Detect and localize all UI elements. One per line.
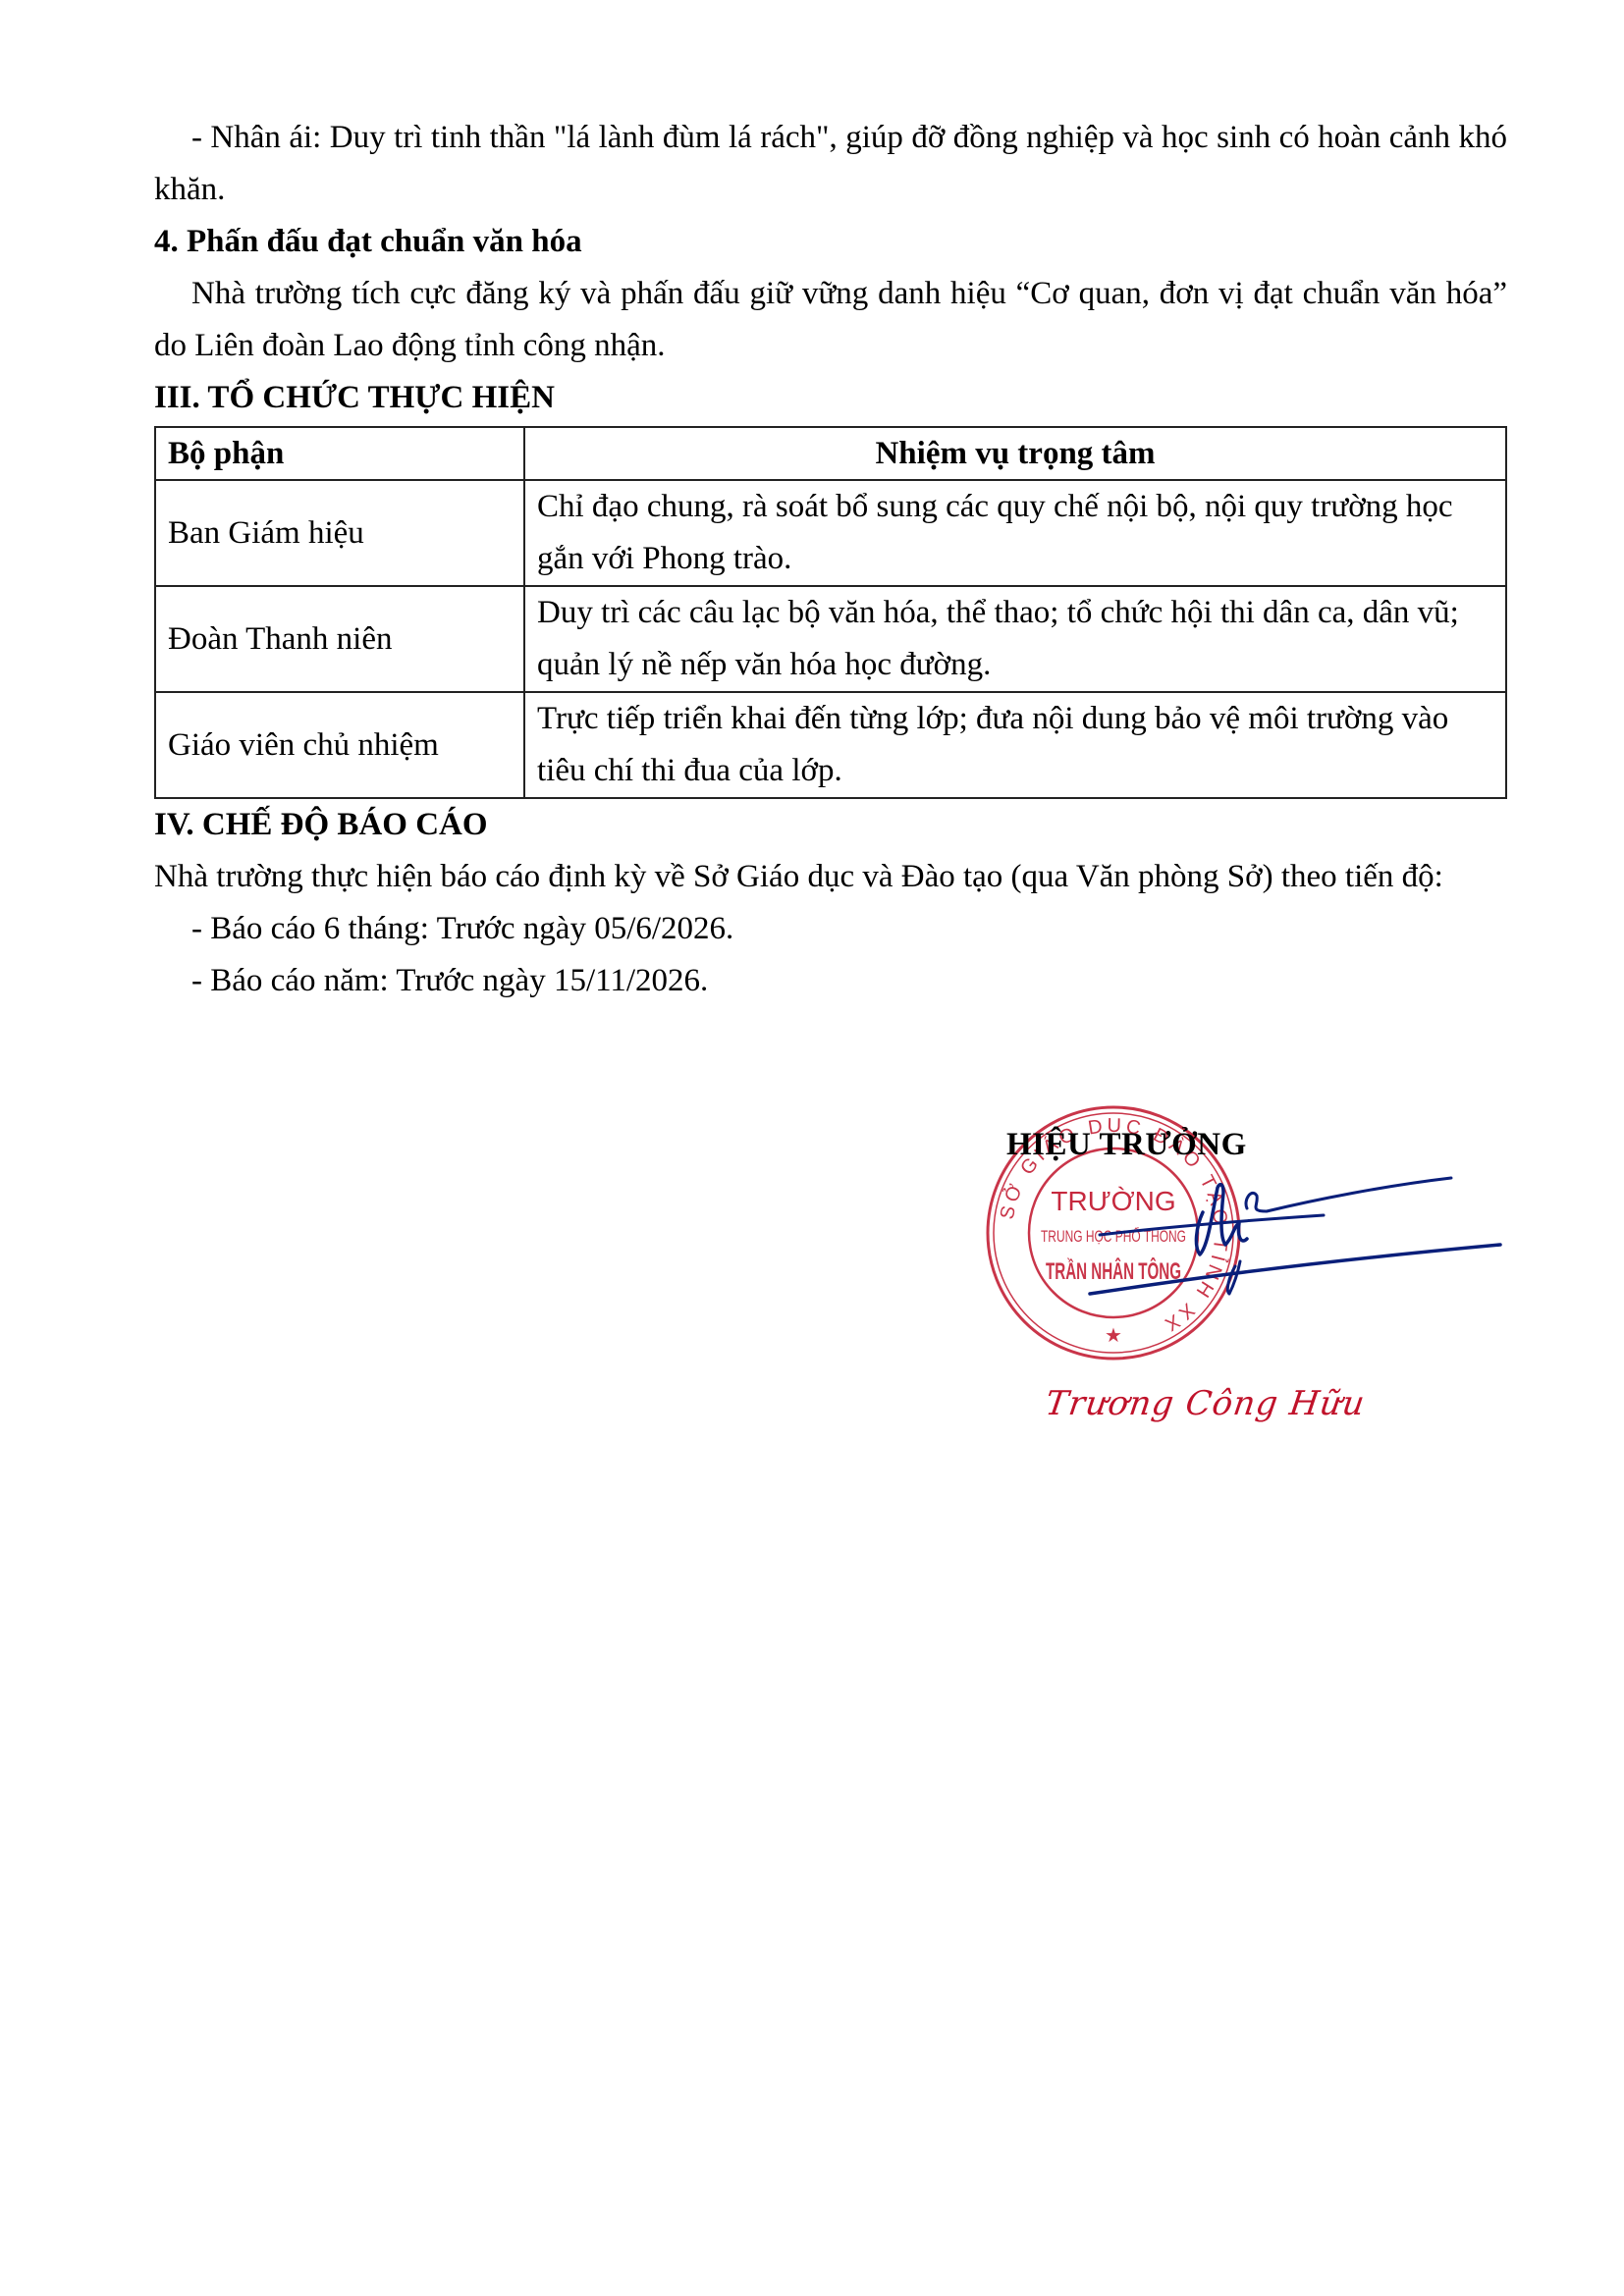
cell-unit: Giáo viên chủ nhiệm bbox=[155, 692, 524, 798]
cell-unit: Đoàn Thanh niên bbox=[155, 586, 524, 692]
heading-che-do-bao-cao: IV. CHẾ ĐỘ BÁO CÁO bbox=[154, 799, 1507, 851]
document-page: - Nhân ái: Duy trì tinh thần "lá lành đù… bbox=[0, 0, 1624, 2296]
implementation-table: Bộ phận Nhiệm vụ trọng tâm Ban Giám hiệu… bbox=[154, 426, 1507, 799]
table-header-row: Bộ phận Nhiệm vụ trọng tâm bbox=[155, 427, 1506, 480]
table-row: Đoàn Thanh niên Duy trì các câu lạc bộ v… bbox=[155, 586, 1506, 692]
report-item-annual: - Báo cáo năm: Trước ngày 15/11/2026. bbox=[154, 955, 1507, 1007]
paragraph-nhan-ai: - Nhân ái: Duy trì tinh thần "lá lành đù… bbox=[154, 112, 1507, 216]
signer-name: Trương Công Hữu bbox=[1043, 1384, 1368, 1423]
paragraph-report-intro: Nhà trường thực hiện báo cáo định kỳ về … bbox=[154, 851, 1507, 903]
heading-to-chuc-thuc-hien: III. TỔ CHỨC THỰC HIỆN bbox=[154, 372, 1507, 424]
cell-task: Trực tiếp triển khai đến từng lớp; đưa n… bbox=[524, 692, 1506, 798]
cell-task: Chỉ đạo chung, rà soát bổ sung các quy c… bbox=[524, 480, 1506, 586]
cell-unit: Ban Giám hiệu bbox=[155, 480, 524, 586]
table-row: Giáo viên chủ nhiệm Trực tiếp triển khai… bbox=[155, 692, 1506, 798]
paragraph-section-4: Nhà trường tích cực đăng ký và phấn đấu … bbox=[154, 268, 1507, 372]
cell-task: Duy trì các câu lạc bộ văn hóa, thể thao… bbox=[524, 586, 1506, 692]
document-body: - Nhân ái: Duy trì tinh thần "lá lành đù… bbox=[154, 112, 1507, 1007]
signature-block: SỞ GIÁO DỤC ĐÀO TẠO TỈNH XX TRƯỜNG TRUNG… bbox=[972, 1090, 1542, 1463]
heading-section-4: 4. Phấn đấu đạt chuẩn văn hóa bbox=[154, 216, 1507, 268]
column-header-task: Nhiệm vụ trọng tâm bbox=[524, 427, 1506, 480]
column-header-unit: Bộ phận bbox=[155, 427, 524, 480]
table-row: Ban Giám hiệu Chỉ đạo chung, rà soát bổ … bbox=[155, 480, 1506, 586]
report-item-6-month: - Báo cáo 6 tháng: Trước ngày 05/6/2026. bbox=[154, 903, 1507, 955]
